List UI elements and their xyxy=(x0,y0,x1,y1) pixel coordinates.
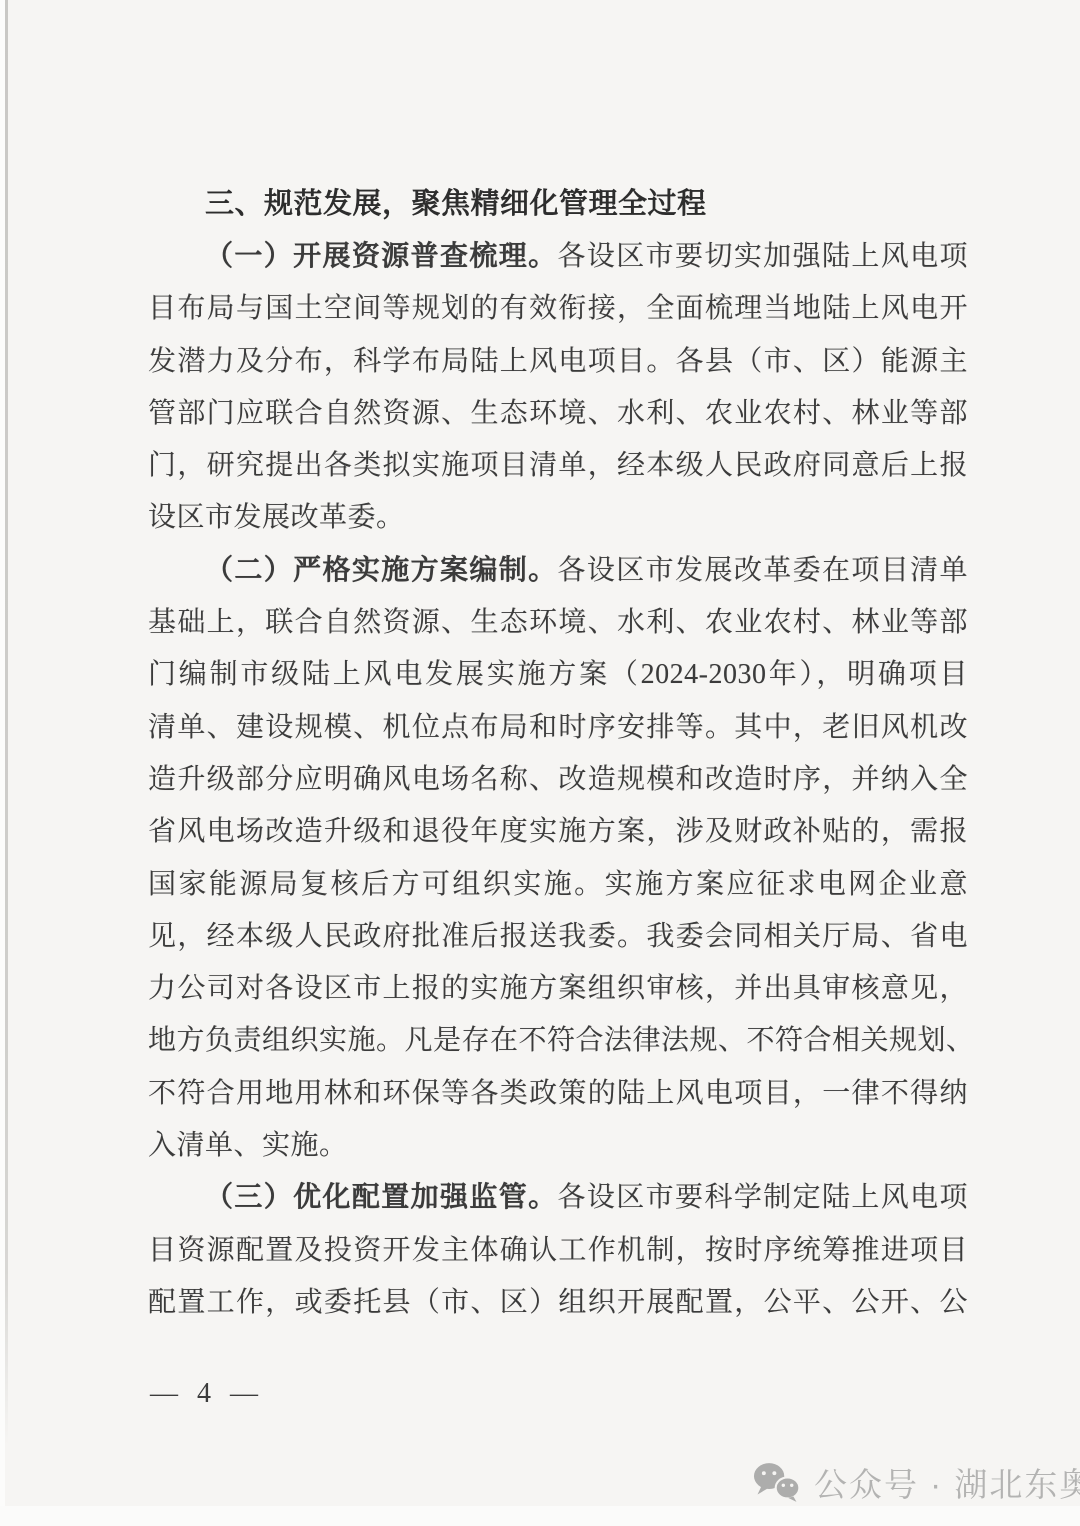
wechat-icon xyxy=(752,1461,802,1503)
text-line: 见，经本级人民政府批准后报送我委。我委会同相关厅局、省电 xyxy=(148,911,968,963)
scan-bottom-strip xyxy=(0,1506,1080,1526)
paragraph-lead: （三）优化配置加强监管。 xyxy=(205,1182,558,1213)
text-line: 目布局与国土空间等规划的有效衔接，全面梳理当地陆上风电开 xyxy=(148,283,968,335)
text-line: 门编制市级陆上风电发展实施方案（2024-2030年），明确项目 xyxy=(148,649,968,701)
paragraph-lines: （一）开展资源普查梳理。各设区市要切实加强陆上风电项目布局与国土空间等规划的有效… xyxy=(148,231,968,1329)
text-line: 管部门应联合自然资源、生态环境、水利、农业农村、林业等部 xyxy=(148,388,968,440)
text-line: （三）优化配置加强监管。各设区市要科学制定陆上风电项 xyxy=(148,1172,968,1224)
section-heading: 三、规范发展，聚焦精细化管理全过程 xyxy=(148,177,968,231)
text-line: 省风电场改造升级和退役年度实施方案，涉及财政补贴的，需报 xyxy=(148,806,968,858)
text-line: 力公司对各设区市上报的实施方案组织审核，并出具审核意见， xyxy=(148,963,968,1015)
text-line: 设区市发展改革委。 xyxy=(148,492,968,544)
scanned-document-page: 三、规范发展，聚焦精细化管理全过程 （一）开展资源普查梳理。各设区市要切实加强陆… xyxy=(0,0,1080,1526)
scan-edge-line xyxy=(5,0,8,1445)
text-line: （二）严格实施方案编制。各设区市发展改革委在项目清单 xyxy=(148,545,968,597)
text-line: 基础上，联合自然资源、生态环境、水利、农业农村、林业等部 xyxy=(148,597,968,649)
text-line: 目资源配置及投资开发主体确认工作机制，按时序统筹推进项目 xyxy=(148,1225,968,1277)
text-line: 造升级部分应明确风电场名称、改造规模和改造时序，并纳入全 xyxy=(148,754,968,806)
text-line: 国家能源局复核后方可组织实施。实施方案应征求电网企业意 xyxy=(148,859,968,911)
watermark: 公众号 · 湖北东奥 xyxy=(752,1458,1080,1506)
watermark-text: 公众号 · 湖北东奥 xyxy=(814,1459,1080,1506)
paragraph-lead: （一）开展资源普查梳理。 xyxy=(205,241,558,272)
page-number: — 4 — xyxy=(150,1378,264,1410)
text-line: 配置工作，或委托县（市、区）组织开展配置，公平、公开、公 xyxy=(148,1277,968,1329)
document-content: 三、规范发展，聚焦精细化管理全过程 （一）开展资源普查梳理。各设区市要切实加强陆… xyxy=(148,177,968,1329)
text-line: 门，研究提出各类拟实施项目清单，经本级人民政府同意后上报 xyxy=(148,440,968,492)
text-line: 入清单、实施。 xyxy=(148,1120,968,1172)
text-line: 发潜力及分布，科学布局陆上风电项目。各县（市、区）能源主 xyxy=(148,336,968,388)
text-line: 清单、建设规模、机位点布局和时序安排等。其中，老旧风机改 xyxy=(148,702,968,754)
text-line: 不符合用地用林和环保等各类政策的陆上风电项目，一律不得纳 xyxy=(148,1068,968,1120)
paragraph-lead: （二）严格实施方案编制。 xyxy=(205,555,558,586)
text-line: （一）开展资源普查梳理。各设区市要切实加强陆上风电项 xyxy=(148,231,968,283)
text-line: 地方负责组织实施。凡是存在不符合法律法规、不符合相关规划、 xyxy=(148,1015,968,1067)
